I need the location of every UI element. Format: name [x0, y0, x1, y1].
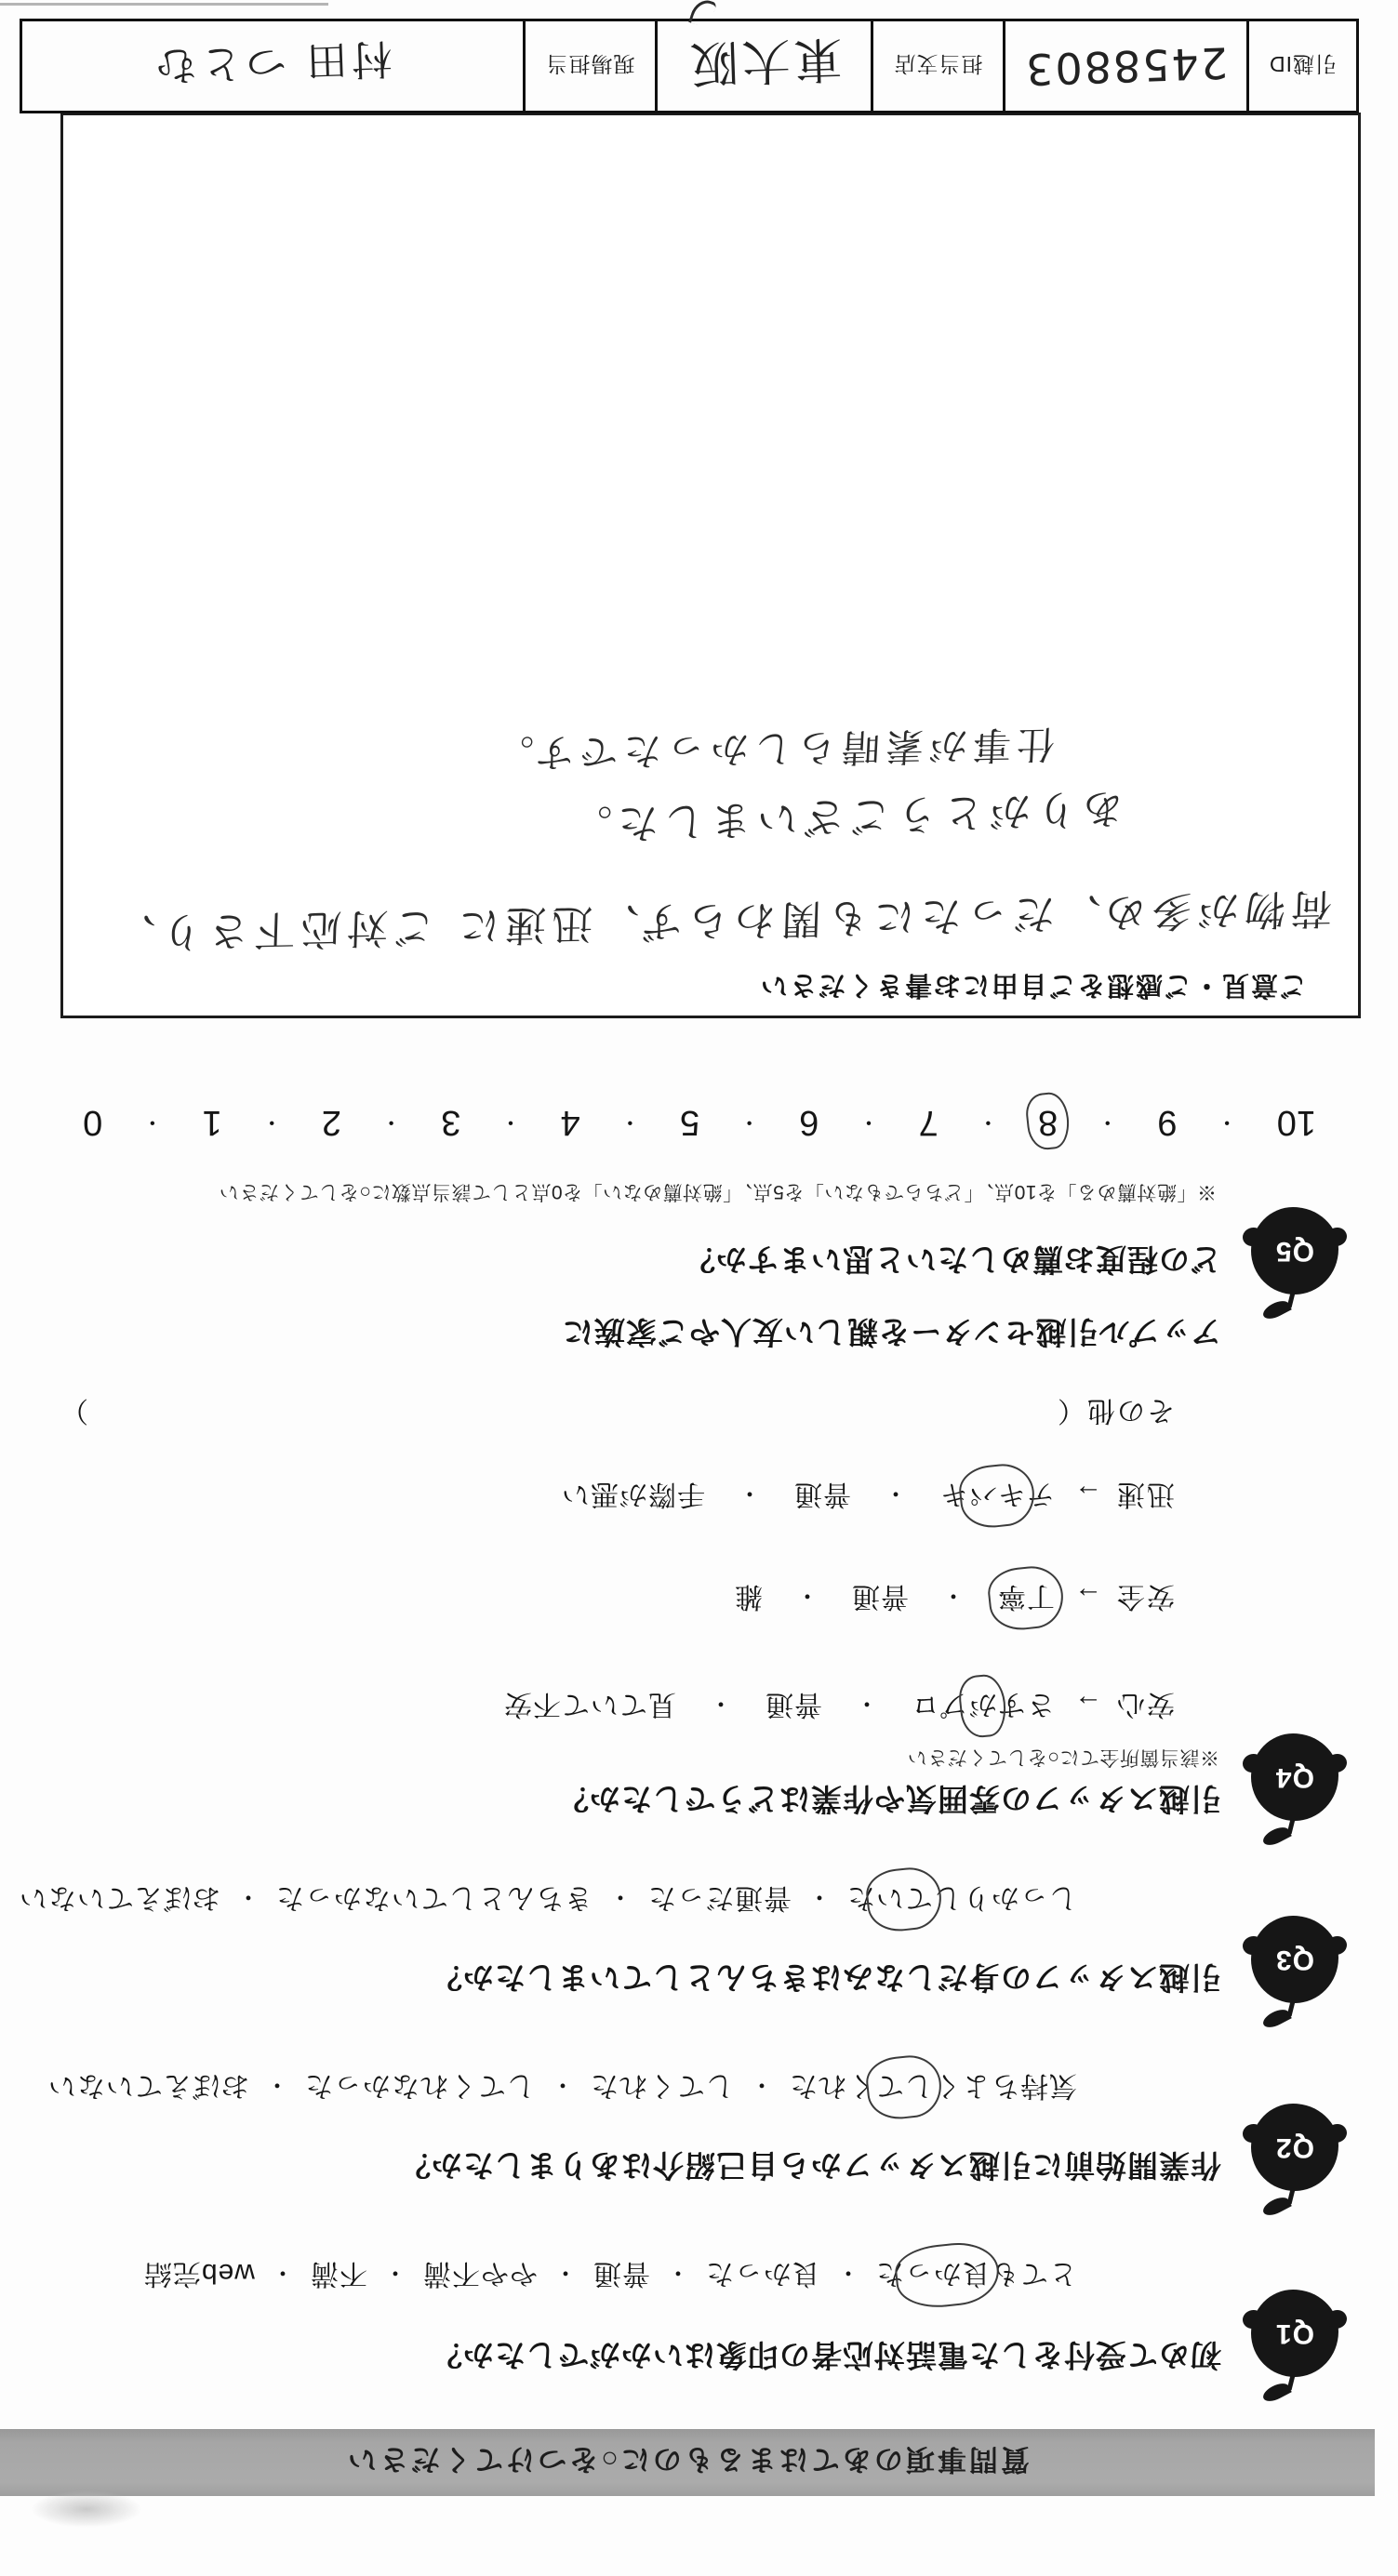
mascot-hand — [1326, 1754, 1348, 1773]
scanned-survey-page: 質問事項のあてはまるものに○をつけてください Q1 初めて受付をした電話対応者の… — [0, 0, 1398, 2576]
option-separator: ・ — [737, 1478, 762, 1512]
q5-nps-scale: 10・ 9・ 8・ 7・ 6・ 5・ 4・ 3・ 2・ 1・ 0 — [83, 1102, 1316, 1142]
mascot-q5-icon: Q5 — [1245, 1179, 1342, 1319]
q4-title: 引越スタッフの雰囲気や作業はどうでしたか？ — [557, 1779, 1221, 1823]
q4-row-jinsoku: 迅速 → テキパキ ・ 普通 ・ 手際が悪い — [561, 1477, 1175, 1518]
q3-badge: Q3 — [1275, 1944, 1314, 1975]
handwritten-comment-line2: ありがとうございました。 — [566, 782, 1124, 859]
q4-row-label: 安心 — [1115, 1687, 1175, 1728]
q5-title-line1: アップル引越センターを親しい友人やご家族に — [562, 1312, 1221, 1356]
mascot-q2-icon: Q2 — [1245, 2076, 1342, 2215]
q3-option-2: 普通だった — [647, 1880, 792, 1921]
arrow-icon: → — [1073, 1688, 1102, 1720]
option-separator: ・ — [806, 1881, 832, 1916]
site-staff-signature: 村田 つとむ — [22, 21, 523, 111]
branch-label: 担当支店 — [871, 21, 1003, 111]
q1-option-5: 不満 — [310, 2256, 367, 2297]
survey-sheet-rotated-180: 質問事項のあてはまるものに○をつけてください Q1 初めて受付をした電話対応者の… — [0, 0, 1398, 2576]
sprout-leaf-icon — [1260, 2380, 1292, 2405]
comment-box: ご意見・ご感想をご自由にお書きください 荷物が多め、だったにも関わらず、迅速に … — [60, 113, 1361, 1018]
mascot-q3-icon: Q3 — [1245, 1888, 1342, 2027]
q3-option-3: きちんとしていなかった — [275, 1880, 592, 1921]
q1-badge: Q1 — [1275, 2317, 1314, 2349]
q1-option-3: 普通 — [592, 2256, 650, 2297]
arrow-icon: → — [1073, 1580, 1102, 1612]
q5-badge: Q5 — [1275, 1235, 1314, 1267]
q2-title: 作業開始前に引越スタッフから自己紹介はありましたか？ — [399, 2145, 1221, 2189]
scale-3: 3 — [441, 1102, 460, 1142]
option-separator: ・ — [270, 2257, 295, 2291]
hand-circle-mark: 丁寧 — [997, 1579, 1055, 1620]
q4-row1-option-2: 普通 — [765, 1687, 822, 1728]
scale-8-circled: 8 — [1038, 1102, 1058, 1142]
q3-title: 引越スタッフの身だしなみはきちんとしていましたか？ — [431, 1958, 1221, 2001]
q4-row1-option-1: さすがプロ — [911, 1687, 1055, 1728]
option-separator: ・ — [883, 1478, 908, 1512]
scale-6: 6 — [799, 1102, 819, 1142]
mascot-hand — [1326, 1228, 1348, 1246]
sprout-leaf-icon — [1260, 2194, 1292, 2219]
scale-1: 1 — [202, 1102, 221, 1142]
q4-other-label: その他（ — [1056, 1393, 1175, 1434]
q2-options: 気持ちよくしてくれた ・ してくれた ・ してくれなかった ・ おぼえていない — [47, 2068, 1077, 2109]
branch-value-handwritten: 東大阪 — [655, 21, 871, 111]
scale-2: 2 — [322, 1102, 341, 1142]
mascot-hand — [1326, 1936, 1348, 1955]
instruction-banner-text: 質問事項のあてはまるものに○をつけてください — [345, 2442, 1030, 2484]
scale-9: 9 — [1157, 1102, 1177, 1142]
mascot-q4-icon: Q4 — [1245, 1706, 1342, 1845]
q4-row2-option-2: 普通 — [851, 1579, 909, 1620]
hand-circle-mark: てい — [875, 1880, 933, 1921]
q1-option-2: 良かった — [705, 2256, 820, 2297]
q4-row-label: 迅速 — [1115, 1477, 1175, 1518]
hand-circle-mark: 良かっ — [904, 2256, 991, 2297]
option-separator: ・ — [794, 1580, 819, 1614]
q1-title: 初めて受付をした電話対応者の印象はいかがでしたか？ — [431, 2335, 1221, 2379]
q4-row2-option-1: 丁寧 — [997, 1579, 1055, 1620]
q4-badge: Q4 — [1275, 1761, 1314, 1793]
q4-row3-option-1: テキパキ — [939, 1477, 1055, 1518]
move-id-value: 2458803 — [1003, 21, 1246, 111]
option-separator: ・ — [708, 1688, 733, 1722]
handwritten-comment-line3: 仕事が素晴らしかったです。 — [488, 720, 1057, 785]
scan-edge-line — [0, 3, 328, 6]
q4-row-other: その他（ — [1056, 1393, 1175, 1434]
q3-option-4: おぼえていない — [19, 1880, 220, 1921]
option-separator: ・ — [940, 1580, 965, 1614]
q4-row-anshin: 安心 → さすがプロ ・ 普通 ・ 見ていて不安 — [503, 1687, 1175, 1728]
q1-option-4: やや不満 — [422, 2256, 538, 2297]
q3-options: しっかりしていた ・ 普通だった ・ きちんとしていなかった ・ おぼえていない — [19, 1880, 1077, 1921]
q4-note: ※該当箇所全てに○をしてください — [907, 1745, 1219, 1773]
comment-heading: ご意見・ご感想をご自由にお書きください — [759, 968, 1307, 1006]
q5-note: ※「絶対薦める」を10点、「どちらでもない」を5点、「絶対薦めない」を0点として… — [219, 1179, 1217, 1207]
option-separator: ・ — [835, 2257, 860, 2291]
handwritten-comment-line1: 荷物が多め、だったにも関わらず、迅速に ご対応下さり、 — [108, 882, 1332, 967]
q4-row-label: 安全 — [1115, 1579, 1175, 1620]
arrow-icon: → — [1073, 1478, 1102, 1509]
q4-row3-option-2: 普通 — [793, 1477, 851, 1518]
mascot-hand — [1326, 2310, 1348, 2329]
sprout-leaf-icon — [1260, 1824, 1292, 1849]
q2-option-3: してくれなかった — [304, 2068, 535, 2109]
option-separator: ・ — [854, 1688, 879, 1722]
option-separator: ・ — [550, 2069, 575, 2104]
hand-circle-mark: が — [968, 1687, 997, 1728]
mascot-head: Q1 — [1251, 2290, 1338, 2377]
mascot-head: Q4 — [1251, 1733, 1338, 1821]
option-separator: ・ — [382, 2257, 407, 2291]
q1-option-1: とても良かった — [875, 2256, 1077, 2297]
option-separator: ・ — [607, 1881, 632, 1916]
q3-option-1: しっかりしていた — [846, 1880, 1077, 1921]
option-separator: ・ — [665, 2257, 690, 2291]
option-separator: ・ — [264, 2069, 289, 2104]
option-separator: ・ — [749, 2069, 774, 2104]
q4-row3-option-3: 手際が悪い — [561, 1477, 705, 1518]
q4-row-anzen: 安全 → 丁寧 ・ 普通 ・ 雑 — [734, 1579, 1175, 1620]
site-staff-label: 現場担当 — [523, 21, 655, 111]
q4-other-close-paren: ） — [59, 1393, 88, 1434]
q2-option-4: おぼえていない — [47, 2068, 249, 2109]
q4-row2-option-3: 雑 — [734, 1579, 763, 1620]
scan-smudge — [31, 2490, 142, 2528]
q5-title-line2: どの程度お薦めしたいと思いますか？ — [684, 1240, 1221, 1283]
scale-7: 7 — [919, 1102, 939, 1142]
mascot-head: Q5 — [1251, 1207, 1338, 1295]
hand-circle-mark: して — [875, 2068, 933, 2109]
q2-option-2: してくれた — [590, 2068, 734, 2109]
mascot-hand — [1326, 2124, 1348, 2143]
mascot-q1-icon: Q1 — [1245, 2262, 1342, 2401]
footer-id-table: 引越ID 2458803 担当支店 東大阪 現場担当 村田 つとむ — [20, 19, 1359, 113]
mascot-head: Q2 — [1251, 2104, 1338, 2191]
scale-10: 10 — [1277, 1102, 1316, 1142]
scale-4: 4 — [561, 1102, 580, 1142]
q4-row1-option-3: 見ていて不安 — [503, 1687, 676, 1728]
sprout-leaf-icon — [1260, 2006, 1292, 2031]
q2-option-1: 気持ちよくしてくれた — [789, 2068, 1077, 2109]
sprout-leaf-icon — [1260, 1297, 1292, 1322]
scale-0: 0 — [83, 1102, 102, 1142]
q2-badge: Q2 — [1275, 2131, 1314, 2163]
instruction-banner: 質問事項のあてはまるものに○をつけてください — [0, 2429, 1375, 2496]
option-separator: ・ — [553, 2257, 578, 2291]
q1-option-6: web完結 — [143, 2256, 255, 2297]
move-id-label: 引越ID — [1246, 21, 1356, 111]
option-separator: ・ — [235, 1881, 260, 1916]
q1-options: とても良かった ・ 良かった ・ 普通 ・ やや不満 ・ 不満 ・ web完結 — [143, 2256, 1077, 2297]
hand-circle-mark: キパ — [968, 1477, 1026, 1518]
scale-5: 5 — [680, 1102, 699, 1142]
mascot-head: Q3 — [1251, 1916, 1338, 2003]
